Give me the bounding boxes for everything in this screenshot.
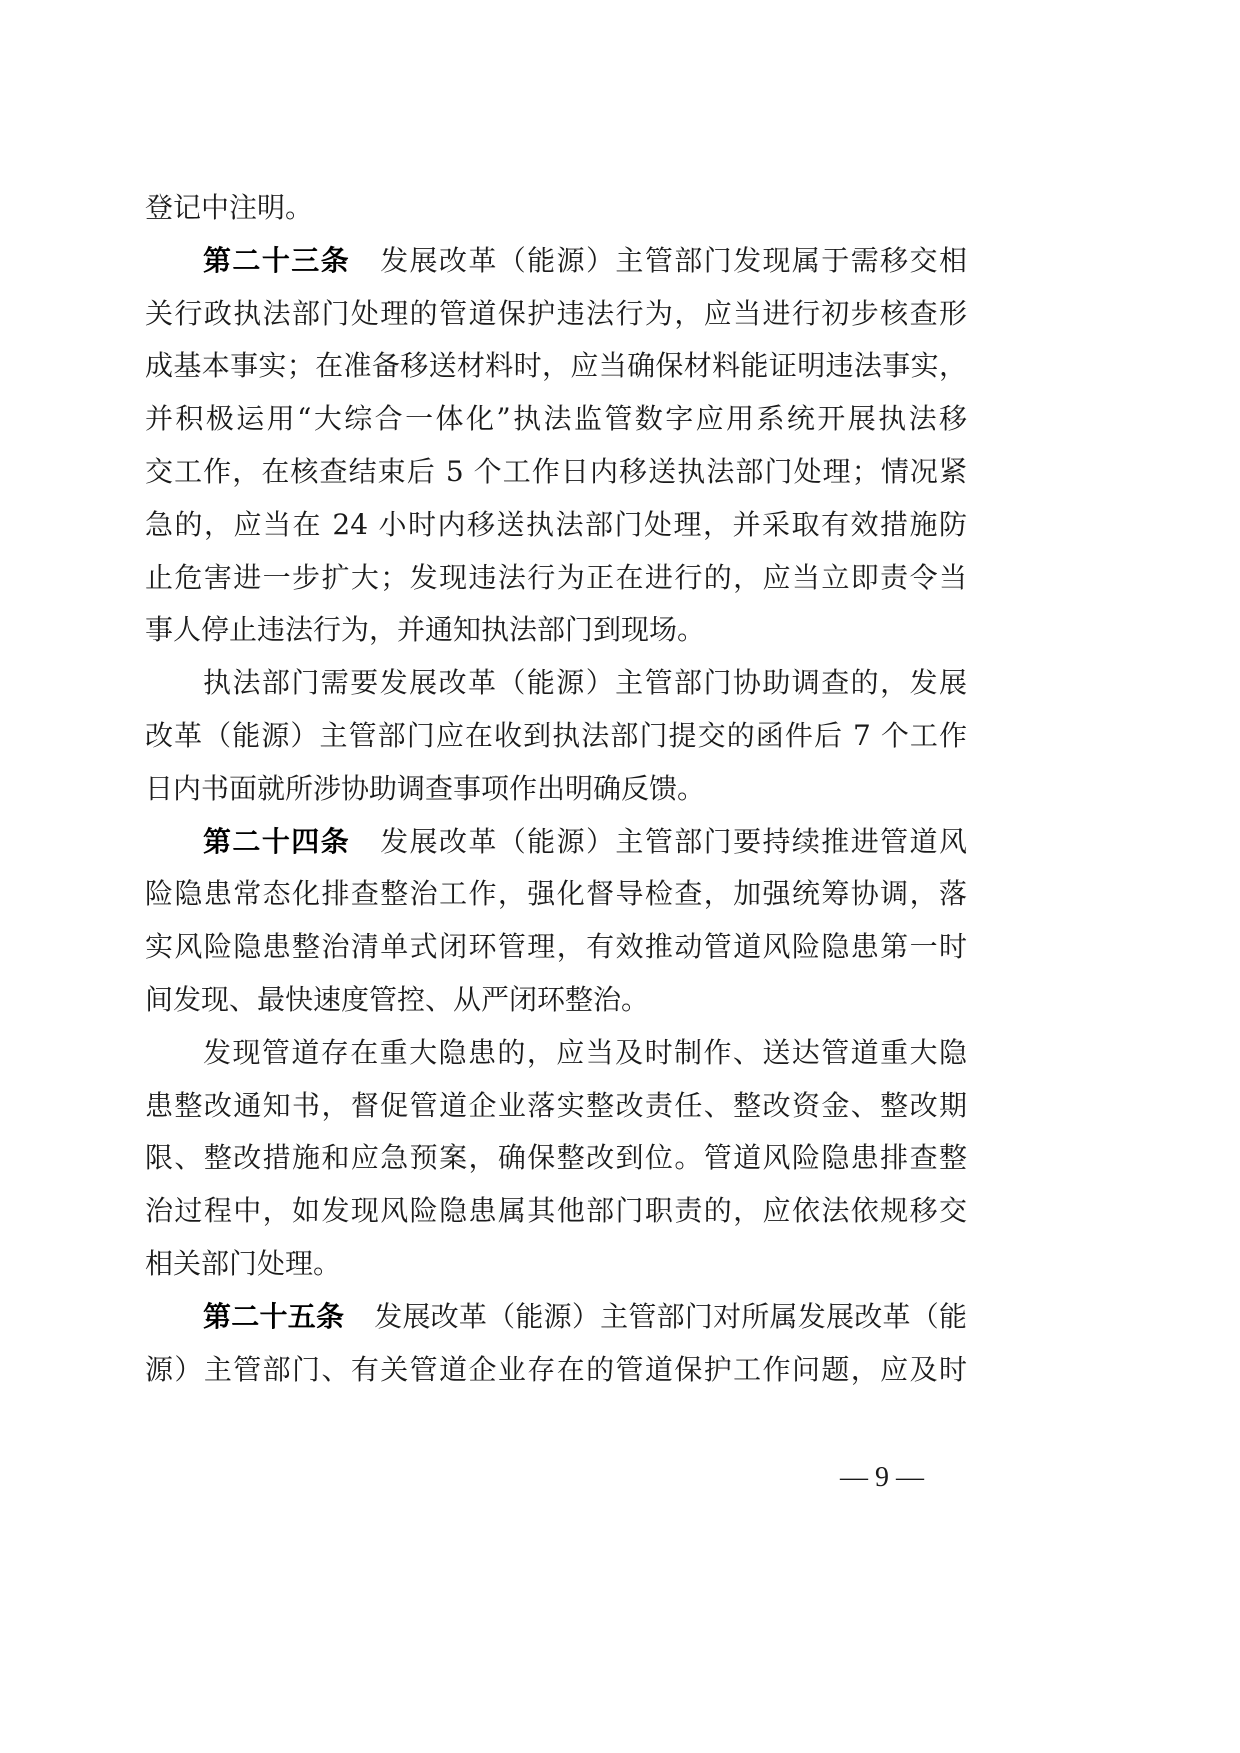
article-heading: 第二十五条 <box>203 1300 344 1333</box>
article-heading: 第二十四条 <box>203 825 350 858</box>
article-first-line: 第二十四条发展改革（能源）主管部门要持续推进管道风 <box>145 816 967 869</box>
text-line: 登记中注明。 <box>145 182 967 235</box>
article-first-line: 第二十五条发展改革（能源）主管部门对所属发展改革（能 <box>145 1291 967 1344</box>
text-line: 急的，应当在 24 小时内移送执法部门处理，并采取有效措施防 <box>145 499 967 552</box>
text-line: 止危害进一步扩大；发现违法行为正在进行的，应当立即责令当 <box>145 552 967 605</box>
page-number: — 9 — <box>822 1462 942 1494</box>
document-page: 登记中注明。第二十三条发展改革（能源）主管部门发现属于需移交相关行政执法部门处理… <box>0 0 1240 1753</box>
line-text: 急的，应当在 24 小时内移送执法部门处理，并采取有效措施防 <box>145 508 967 541</box>
text-line: 限、整改措施和应急预案，确保整改到位。管道风险隐患排查整 <box>145 1132 967 1185</box>
text-line: 日内书面就所涉协助调查事项作出明确反馈。 <box>145 763 967 816</box>
text-line: 相关部门处理。 <box>145 1238 967 1291</box>
text-line: 并积极运用“大综合一体化”执法监管数字应用系统开展执法移 <box>145 393 967 446</box>
line-text: 发展改革（能源）主管部门发现属于需移交相 <box>380 244 967 277</box>
text-line: 发现管道存在重大隐患的，应当及时制作、送达管道重大隐 <box>145 1027 967 1080</box>
line-text: 并积极运用“大综合一体化”执法监管数字应用系统开展执法移 <box>145 402 967 435</box>
line-text: 执法部门需要发展改革（能源）主管部门协助调查的，发展 <box>203 666 967 699</box>
line-text: 日内书面就所涉协助调查事项作出明确反馈。 <box>145 772 705 805</box>
line-text: 改革（能源）主管部门应在收到执法部门提交的函件后 7 个工作 <box>145 719 967 752</box>
line-text: 相关部门处理。 <box>145 1247 341 1280</box>
line-text: 事人停止违法行为，并通知执法部门到现场。 <box>145 613 705 646</box>
line-text: 成基本事实；在准备移送材料时，应当确保材料能证明违法事实， <box>145 349 967 382</box>
text-line: 交工作，在核查结束后 5 个工作日内移送执法部门处理；情况紧 <box>145 446 967 499</box>
line-text: 关行政执法部门处理的管道保护违法行为，应当进行初步核查形 <box>145 297 967 330</box>
line-text: 间发现、最快速度管控、从严闭环整治。 <box>145 983 649 1016</box>
line-text: 治过程中，如发现风险隐患属其他部门职责的，应依法依规移交 <box>145 1194 967 1227</box>
article-heading: 第二十三条 <box>203 244 350 277</box>
text-line: 关行政执法部门处理的管道保护违法行为，应当进行初步核查形 <box>145 288 967 341</box>
text-line: 实风险隐患整治清单式闭环管理，有效推动管道风险隐患第一时 <box>145 921 967 974</box>
line-text: 登记中注明。 <box>145 191 313 224</box>
line-text: 实风险隐患整治清单式闭环管理，有效推动管道风险隐患第一时 <box>145 930 967 963</box>
text-line: 事人停止违法行为，并通知执法部门到现场。 <box>145 604 967 657</box>
line-text: 交工作，在核查结束后 5 个工作日内移送执法部门处理；情况紧 <box>145 455 967 488</box>
text-line: 改革（能源）主管部门应在收到执法部门提交的函件后 7 个工作 <box>145 710 967 763</box>
text-line: 治过程中，如发现风险隐患属其他部门职责的，应依法依规移交 <box>145 1185 967 1238</box>
text-line: 患整改通知书，督促管道企业落实整改责任、整改资金、整改期 <box>145 1080 967 1133</box>
line-text: 发展改革（能源）主管部门要持续推进管道风 <box>380 825 967 858</box>
line-text: 限、整改措施和应急预案，确保整改到位。管道风险隐患排查整 <box>145 1141 967 1174</box>
line-text: 险隐患常态化排查整治工作，强化督导检查，加强统筹协调，落 <box>145 877 967 910</box>
text-line: 执法部门需要发展改革（能源）主管部门协助调查的，发展 <box>145 657 967 710</box>
article-first-line: 第二十三条发展改革（能源）主管部门发现属于需移交相 <box>145 235 967 288</box>
text-line: 成基本事实；在准备移送材料时，应当确保材料能证明违法事实， <box>145 340 967 393</box>
line-text: 发现管道存在重大隐患的，应当及时制作、送达管道重大隐 <box>203 1036 967 1069</box>
line-text: 止危害进一步扩大；发现违法行为正在进行的，应当立即责令当 <box>145 561 967 594</box>
text-line: 源）主管部门、有关管道企业存在的管道保护工作问题，应及时 <box>145 1344 967 1397</box>
line-text: 源）主管部门、有关管道企业存在的管道保护工作问题，应及时 <box>145 1353 967 1386</box>
text-line: 间发现、最快速度管控、从严闭环整治。 <box>145 974 967 1027</box>
text-line: 险隐患常态化排查整治工作，强化督导检查，加强统筹协调，落 <box>145 868 967 921</box>
line-text: 发展改革（能源）主管部门对所属发展改革（能 <box>374 1300 967 1333</box>
document-body: 登记中注明。第二十三条发展改革（能源）主管部门发现属于需移交相关行政执法部门处理… <box>145 182 967 1396</box>
line-text: 患整改通知书，督促管道企业落实整改责任、整改资金、整改期 <box>145 1089 967 1122</box>
